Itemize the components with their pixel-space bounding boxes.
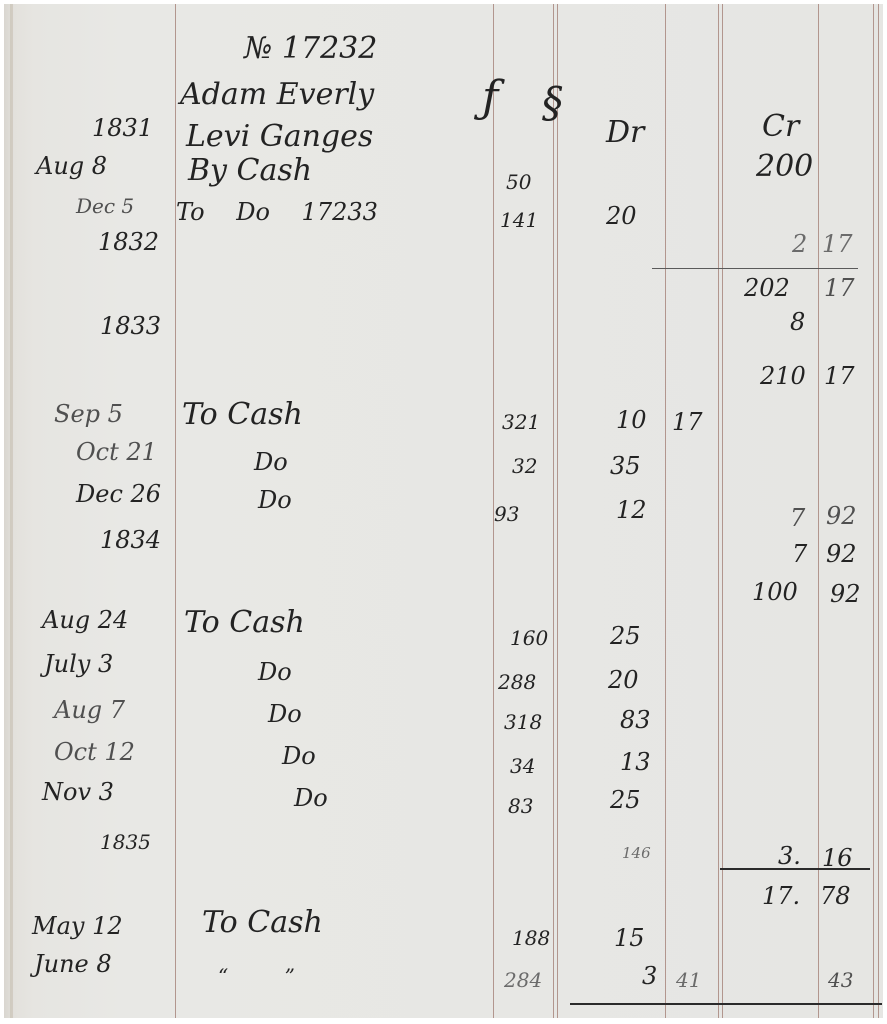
debit-dollars: 13 (620, 750, 651, 774)
entry-date: June 8 (34, 952, 112, 976)
credit-cents: 17 (822, 232, 853, 256)
entry-description: To Cash (182, 400, 303, 430)
entry-date: Sep 5 (54, 402, 123, 426)
second-party: Levi Ganges (186, 122, 373, 152)
entry-description: Do (258, 488, 292, 512)
entry-date: Dec 5 (76, 196, 134, 216)
folio-header: § (542, 82, 563, 124)
debit-cents-rule-b (722, 4, 723, 1018)
debit-cents: 17 (672, 410, 703, 434)
entry-folio: 321 (502, 412, 540, 432)
entry-date: Aug 24 (42, 608, 128, 632)
ledger-page: № 17232 Adam Everly ƒ § Levi Ganges Dr C… (4, 4, 883, 1018)
entry-description: Do (294, 786, 328, 810)
folio-column-rule-b (557, 4, 558, 1018)
credit-dollars: 2 (792, 232, 807, 256)
debit-dollars: 25 (610, 624, 641, 648)
credit-cents-rule-a (873, 4, 874, 1018)
debit-cents: 41 (676, 970, 701, 990)
entry-folio: 318 (504, 712, 542, 732)
credit-cents-rule-b (878, 4, 879, 1018)
credit-dollars: 7 (790, 506, 805, 530)
entry-description: To Do 17233 (176, 200, 378, 224)
year-label: 1835 (100, 832, 151, 852)
debit-dollars: 10 (616, 408, 647, 432)
credit-dollars: 200 (756, 152, 813, 182)
entry-date: Dec 26 (76, 482, 161, 506)
entry-description: To Cash (184, 608, 305, 638)
year-label: 1834 (100, 528, 161, 552)
entry-description: Do (282, 744, 316, 768)
entry-folio: 188 (512, 928, 550, 948)
entry-description: “ ” (218, 966, 295, 986)
entry-date: Oct 12 (54, 740, 135, 764)
credit-cents: 43 (828, 970, 853, 990)
credit-cents: 92 (826, 542, 857, 566)
entry-description: Do (258, 660, 292, 684)
credit-cents: 92 (830, 582, 861, 606)
account-number: № 17232 (244, 34, 377, 64)
year-label: 1833 (100, 314, 161, 338)
entry-folio: 93 (494, 504, 519, 524)
debit-dollars: 12 (616, 498, 647, 522)
entry-folio: 83 (508, 796, 533, 816)
credit-cents: 78 (820, 884, 851, 908)
credit-dollars: 17. (762, 884, 800, 908)
date-column-rule (175, 4, 176, 1018)
entry-folio: 32 (512, 456, 537, 476)
entry-date: Nov 3 (42, 780, 114, 804)
entry-date: Oct 21 (76, 440, 157, 464)
debit-header: Dr (606, 118, 644, 148)
debit-dollars: 83 (620, 708, 651, 732)
account-holder: Adam Everly (180, 80, 374, 110)
closing-rule (570, 1003, 882, 1005)
credit-dollars: 7 (792, 542, 807, 566)
credit-dollars-rule (818, 4, 819, 1018)
credit-dollars: 8 (790, 310, 805, 334)
credit-cents: 92 (826, 504, 857, 528)
entry-date: May 12 (32, 914, 123, 938)
year-label: 1831 (92, 116, 153, 140)
folio-mark: ƒ (482, 76, 498, 120)
entry-date: July 3 (44, 652, 113, 676)
debit-subtotal: 146 (622, 846, 651, 861)
folio-column-rule-a (553, 4, 554, 1018)
debit-dollars: 35 (610, 454, 641, 478)
entry-folio: 288 (498, 672, 536, 692)
debit-dollars: 25 (610, 788, 641, 812)
entry-description: To Cash (202, 908, 323, 938)
entry-date: Aug 8 (36, 154, 107, 178)
debit-dollars: 20 (606, 204, 637, 228)
entry-folio: 160 (510, 628, 548, 648)
entry-description: Do (254, 450, 288, 474)
credit-header: Cr (762, 112, 799, 142)
entry-folio: 34 (510, 756, 535, 776)
entry-date: Aug 7 (54, 698, 125, 722)
entry-description: Do (268, 702, 302, 726)
credit-cents: 16 (822, 846, 853, 870)
debit-dollars-rule (665, 4, 666, 1018)
entry-folio: 50 (506, 172, 531, 192)
credit-dollars: 100 (752, 580, 798, 604)
debit-cents-rule-a (718, 4, 719, 1018)
debit-dollars: 3 (642, 964, 657, 988)
credit-dollars: 202 (744, 276, 790, 300)
credit-dollars: 210 (760, 364, 806, 388)
credit-cents: 17 (824, 364, 855, 388)
year-label: 1832 (98, 230, 159, 254)
entry-folio: 141 (500, 210, 538, 230)
debit-dollars: 15 (614, 926, 645, 950)
credit-cents: 17 (824, 276, 855, 300)
entry-folio: 284 (504, 970, 542, 990)
balance-rule-1832 (652, 268, 858, 269)
entry-description: By Cash (188, 156, 312, 186)
debit-dollars: 20 (608, 668, 639, 692)
credit-dollars: 3. (778, 844, 801, 868)
